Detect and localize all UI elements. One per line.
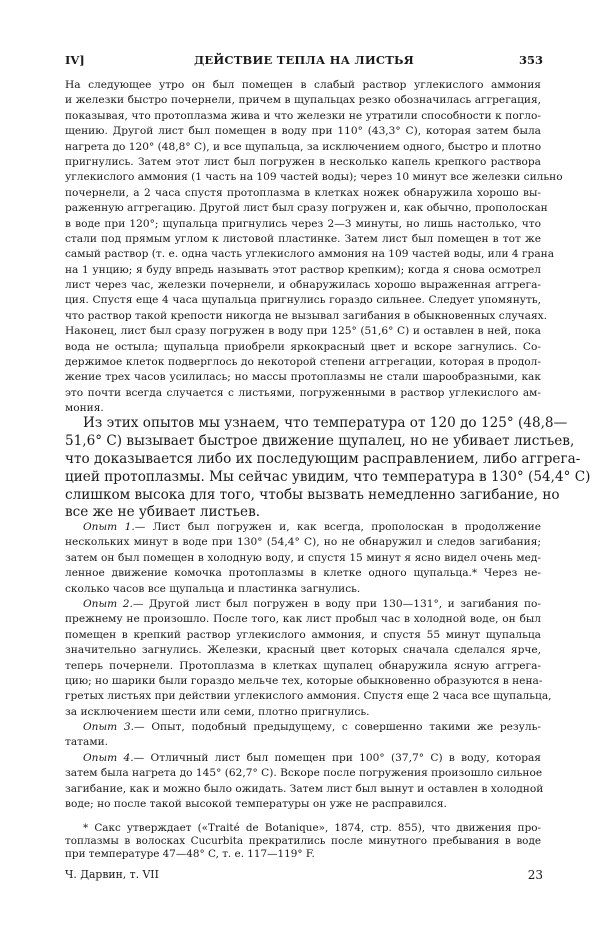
text-line: Из этих опытов мы узнаем, что температур… [65,415,541,433]
text-line: нескольких минут в воде при 130° (54,4° … [65,535,541,550]
sheet-number: 23 [528,868,543,882]
text-line: на 1 унцию; я буду впредь называть этот … [65,263,541,278]
experiment-2: Опыт 2.— Другой лист был погружен в воду… [65,597,541,720]
text-line: помещен в крепкий раствор углекислого ам… [65,628,541,643]
text-line: — Лист был погружен и, как всегда, пропо… [135,521,541,533]
text-line: 51,6° C) вызывает быстрое движение щупал… [65,433,541,451]
text-line: и железки быстро почернели, причем в щуп… [65,93,541,108]
text-line: * Сакс утверждает («Traité de Botanique»… [65,822,541,835]
experiment-3: Опыт 3.— Опыт, подобный предыдущему, с с… [65,720,541,751]
text-line: щению. Другой лист был помещен в воду пр… [65,124,541,139]
text-line: нагрета до 120° (48,8° C), и все щупальц… [65,140,541,155]
experiments-list: Опыт 1.— Лист был погружен и, как всегда… [65,520,541,812]
text-line: раженную аггрегацию. Другой лист был сра… [65,201,541,216]
text-line: прежнему не произошло. После того, как л… [65,612,541,627]
experiment-label: Опыт 3. [83,721,134,733]
text-line: ция. Спустя еще 4 часа щупальца пригнули… [65,293,541,308]
footnote: * Сакс утверждает («Traité de Botanique»… [65,822,541,861]
conclusion-paragraph: Из этих опытов мы узнаем, что температур… [65,415,541,522]
text-line: вода не остыла; щупальца приобрели яркок… [65,340,541,355]
experiment-label: Опыт 2. [83,598,133,610]
text-line: углекислого аммония (1 часть на 109 част… [65,170,541,185]
text-line: лист через час, железки почернели, и обн… [65,278,541,293]
text-line: жение трех часов усилилась; но массы про… [65,370,541,385]
text-line: теперь почернели. Протоплазма в клетках … [65,659,541,674]
text-line: слишком высока для того, чтобы вызвать н… [65,487,541,505]
text-line: ленное движение комочка протоплазмы в кл… [65,566,541,581]
experiment-1: Опыт 1.— Лист был погружен и, как всегда… [65,520,541,597]
text-line: в воде при 120°; щупальца пригнулись чер… [65,217,541,232]
page-number: 353 [519,53,543,67]
text-line: цией протоплазмы. Мы сейчас увидим, что … [65,469,541,487]
text-line: топлазмы в волосках Cucurbita прекратили… [65,835,541,848]
text-line: — Другой лист был погружен в воду при 13… [133,598,541,610]
running-header: IV] ДЕЙСТВИЕ ТЕПЛА НА ЛИСТЬЯ 353 [65,53,543,69]
text-line: показывая, что протоплазма жива и что же… [65,109,541,124]
text-line: цию; но шарики были гораздо мельче тех, … [65,674,541,689]
text-line: стали под прямым углом к листовой пласти… [65,232,541,247]
text-line: пригнулись. Затем этот лист был погружен… [65,155,541,170]
text-line: держимое клеток подверглось до некоторой… [65,355,541,370]
text-line: сколько часов все щупальца и пластинка з… [65,582,541,597]
text-line: за исключением шести или семи, плотно пр… [65,705,541,720]
text-line: почернели, а 2 часа спустя протоплазма в… [65,186,541,201]
experiment-4: Опыт 4.— Отличный лист был помещен при 1… [65,751,541,813]
text-line: что доказывается либо их последующим рас… [65,451,541,469]
text-line: татами. [65,735,541,750]
text-line: значительно загнулись. Железки, красный … [65,643,541,658]
text-line: воде; но после такой высокой температуры… [65,797,541,812]
text-line: — Опыт, подобный предыдущему, с совершен… [134,721,541,733]
running-title: ДЕЙСТВИЕ ТЕПЛА НА ЛИСТЬЯ [65,53,543,67]
text-line: гретых листьях при действии углекислого … [65,689,541,704]
text-line: что раствор такой крепости никогда не вы… [65,309,541,324]
signature-mark: Ч. Дарвин, т. VII [65,868,159,881]
text-line: Наконец, лист был сразу погружен в воду … [65,324,541,339]
text-line: самый раствор (т. е. одна часть углекисл… [65,247,541,262]
text-line: затем он был помещен в холодную воду, и … [65,551,541,566]
text-line: — Отличный лист был помещен при 100° (37… [134,752,541,764]
text-line: загибание, как и можно было ожидать. Зат… [65,782,541,797]
text-line: это почти всегда случается с листьями, п… [65,386,541,401]
experiment-label: Опыт 1. [83,521,135,533]
experiment-label: Опыт 4. [83,752,134,764]
text-line: затем была нагрета до 145° (62,7° C). Вс… [65,766,541,781]
text-line: при температуре 47—48° C, т. е. 117—119°… [65,848,541,861]
text-line: На следующее утро он был помещен в слабы… [65,78,541,93]
paragraph-continued: На следующее утро он был помещен в слабы… [65,78,541,417]
